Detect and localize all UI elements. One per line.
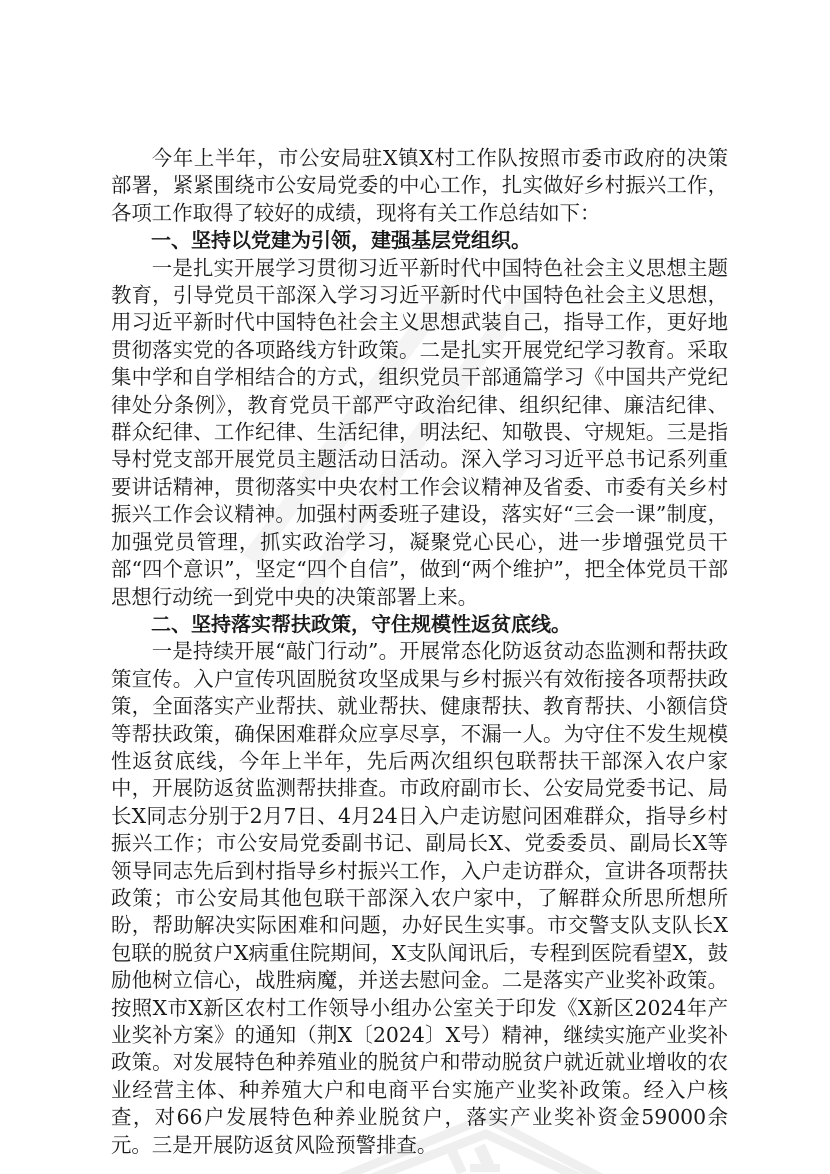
section-1-paragraph: 一是扎实开展学习贯彻习近平新时代中国特色社会主义思想主题教育，引导党员干部深入学…: [111, 255, 728, 611]
section-heading-2: 二、坚持落实帮扶政策，守住规模性返贫底线。: [111, 611, 728, 638]
intro-paragraph: 今年上半年，市公安局驻X镇X村工作队按照市委市政府的决策部署，紧紧围绕市公安局党…: [111, 145, 728, 227]
document-page: 今年上半年，市公安局驻X镇X村工作队按照市委市政府的决策部署，紧紧围绕市公安局党…: [0, 0, 830, 1174]
section-heading-1: 一、坚持以党建为引领，建强基层党组织。: [111, 227, 728, 254]
document-body: 今年上半年，市公安局驻X镇X村工作队按照市委市政府的决策部署，紧紧围绕市公安局党…: [111, 145, 728, 1159]
section-2-paragraph: 一是持续开展“敲门行动”。开展常态化防返贫动态监测和帮扶政策宣传。入户宣传巩固脱…: [111, 638, 728, 1159]
